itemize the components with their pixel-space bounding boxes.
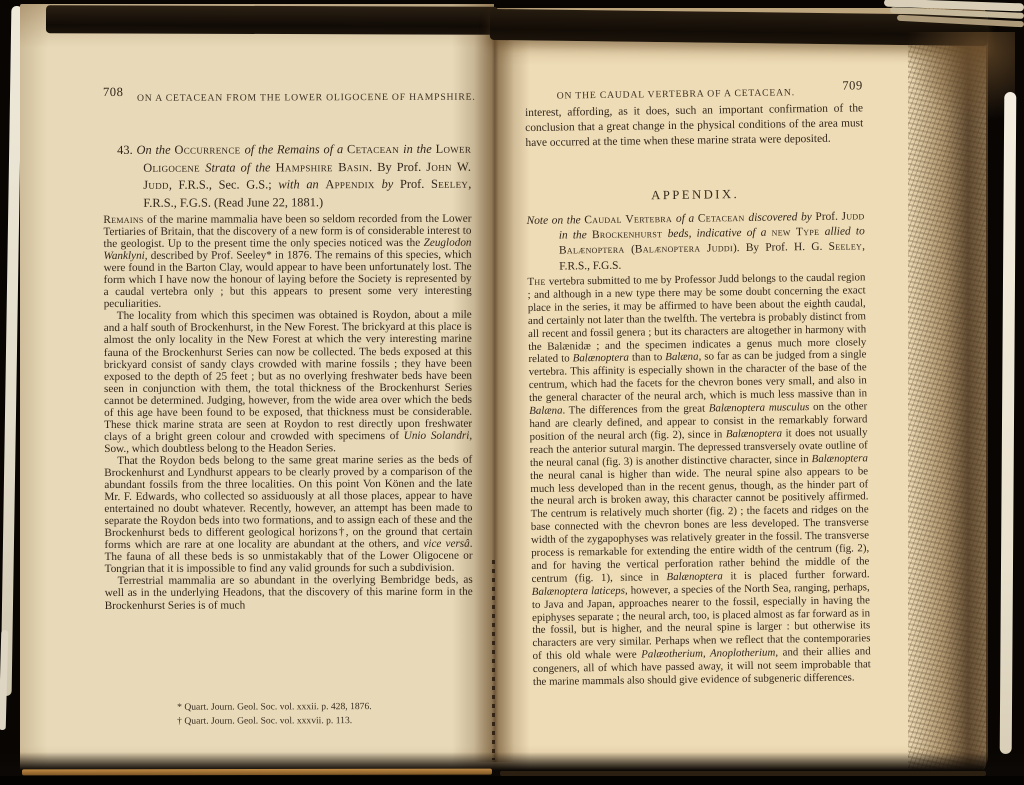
text-segment: Seeley xyxy=(431,177,468,191)
text-segment: vice versâ xyxy=(423,538,469,550)
text-segment: Prof. xyxy=(815,211,841,223)
text-segment: Unio Solandri xyxy=(404,430,470,442)
bottom-cover-edge xyxy=(0,776,1024,785)
text-segment: new Type xyxy=(772,226,825,239)
left-page: 708 ON A CETACEAN FROM THE LOWER OLIGOCE… xyxy=(20,4,494,772)
text-segment: in the xyxy=(559,229,592,241)
text-segment: ). By Prof. H. G. xyxy=(733,241,829,254)
right-page: ON THE CAUDAL VERTEBRA OF A CETACEAN. 70… xyxy=(494,8,986,773)
text-segment: Terrestrial mammalia are so abundant in … xyxy=(105,574,473,611)
text-segment: Balænoptera xyxy=(666,570,722,583)
text-segment: Brockenhurst xyxy=(592,228,668,241)
text-segment: Hampshire Basin xyxy=(276,160,369,174)
left-page-number: 708 xyxy=(103,85,123,100)
left-running-header: ON A CETACEAN FROM THE LOWER OLIGOCENE O… xyxy=(137,92,476,104)
text-segment: than to xyxy=(629,352,665,365)
text-segment: Balæna xyxy=(529,405,562,417)
appendix-heading: APPENDIX. xyxy=(526,185,864,205)
right-running-header-row: ON THE CAUDAL VERTEBRA OF A CETACEAN. 70… xyxy=(525,81,863,104)
text-segment: Balænoptera laticeps xyxy=(532,584,625,597)
top-cover-edge-left xyxy=(46,5,498,35)
right-page-number: 709 xyxy=(842,78,863,93)
text-segment: That the Roydon beds belong to the same … xyxy=(104,454,472,552)
paragraph: Remains of the marine mammalia have been… xyxy=(103,213,471,311)
text-segment: On the xyxy=(136,143,174,157)
text-segment: in the xyxy=(403,142,436,156)
text-segment: . By Prof. xyxy=(369,159,426,173)
text-segment: Balænoptera musculus xyxy=(709,401,810,414)
text-segment: discovered by xyxy=(748,211,815,224)
right-body-paragraphs: The vertebra submitted to me by Professo… xyxy=(527,271,871,689)
text-segment: Remains xyxy=(103,214,147,226)
text-segment: of the Remains of a xyxy=(245,142,348,156)
text-segment: Strata of the xyxy=(205,160,275,174)
footnote: * Quart. Journ. Geol. Soc. vol. xxxii. p… xyxy=(177,700,467,715)
left-page-text-column: 708 ON A CETACEAN FROM THE LOWER OLIGOCE… xyxy=(103,3,474,772)
paragraph: Terrestrial mammalia are so abundant in … xyxy=(105,574,473,611)
text-segment: Caudal Vertebra xyxy=(584,213,676,226)
continuation-paragraph: interest, affording, as it does, such an… xyxy=(525,101,864,151)
text-segment: The locality from which this specimen wa… xyxy=(104,309,472,443)
left-running-header-row: 708 ON A CETACEAN FROM THE LOWER OLIGOCE… xyxy=(103,87,471,106)
article-title: 43. On the Occurrence of the Remains of … xyxy=(103,141,471,213)
text-segment: the neural canal is higher than wide. Th… xyxy=(530,465,869,585)
text-segment: by xyxy=(382,177,400,191)
spine-crease xyxy=(492,560,495,760)
text-segment: Seeley xyxy=(829,241,863,253)
footnote: † Quart. Journ. Geol. Soc. vol. xxxvii. … xyxy=(177,713,467,728)
text-segment: Appendix xyxy=(325,177,381,191)
text-segment: allied to xyxy=(825,226,865,239)
text-segment: Palæotherium, Anoplotherium xyxy=(641,647,775,661)
text-segment: 43. xyxy=(117,143,136,157)
text-segment: Cetacean xyxy=(698,212,749,225)
text-segment: Balænoptera xyxy=(726,427,782,440)
corner-shadow xyxy=(905,32,1015,122)
text-segment: Cetacean xyxy=(347,142,403,156)
outer-page-edge-right xyxy=(1000,92,1017,754)
text-segment: with an xyxy=(278,177,325,191)
text-segment: interest, affording, as it does, such an… xyxy=(525,102,863,149)
text-segment: , described by Prof. Seeley* in 1876. Th… xyxy=(104,249,472,310)
footnotes: * Quart. Journ. Geol. Soc. vol. xxxii. p… xyxy=(177,700,467,728)
text-segment: Judd xyxy=(841,210,864,222)
text-segment: Balænoptera xyxy=(573,352,629,365)
text-segment: it is placed further forward. xyxy=(723,568,870,582)
text-segment: Occurrence xyxy=(174,143,244,157)
paragraph: That the Roydon beds belong to the same … xyxy=(104,454,472,576)
text-segment: of the marine mammalia have been so seld… xyxy=(103,213,471,250)
text-segment: of a xyxy=(676,213,698,225)
left-page-bottom-edge-line xyxy=(22,769,492,776)
page-fore-edge xyxy=(908,8,988,773)
text-segment: , F.R.S., Sec. G.S.; xyxy=(169,178,279,192)
text-segment: beds, indicative of a xyxy=(668,227,772,240)
text-segment: Prof. xyxy=(400,177,431,191)
right-running-header: ON THE CAUDAL VERTEBRA OF A CETACEAN. xyxy=(557,87,795,101)
paragraph: The vertebra submitted to me by Professo… xyxy=(527,271,871,689)
text-segment: The xyxy=(527,276,549,288)
text-segment: . The differences from the great xyxy=(562,403,708,417)
left-body-paragraphs: Remains of the marine mammalia have been… xyxy=(103,213,472,612)
right-page-text-column: ON THE CAUDAL VERTEBRA OF A CETACEAN. 70… xyxy=(524,3,873,773)
text-segment: Balænoptera xyxy=(812,452,868,465)
appendix-title: Note on the Caudal Vertebra of a Cetacea… xyxy=(526,209,865,275)
text-segment: Balænoptera xyxy=(559,244,631,257)
paragraph: The locality from which this specimen wa… xyxy=(104,309,473,455)
text-segment: Note on the xyxy=(526,214,584,227)
text-segment: Balæna xyxy=(665,351,698,363)
photo-background: { "colors": { "background": "#080503", "… xyxy=(0,0,1024,785)
text-segment: Balænoptera Juddi xyxy=(635,243,733,256)
